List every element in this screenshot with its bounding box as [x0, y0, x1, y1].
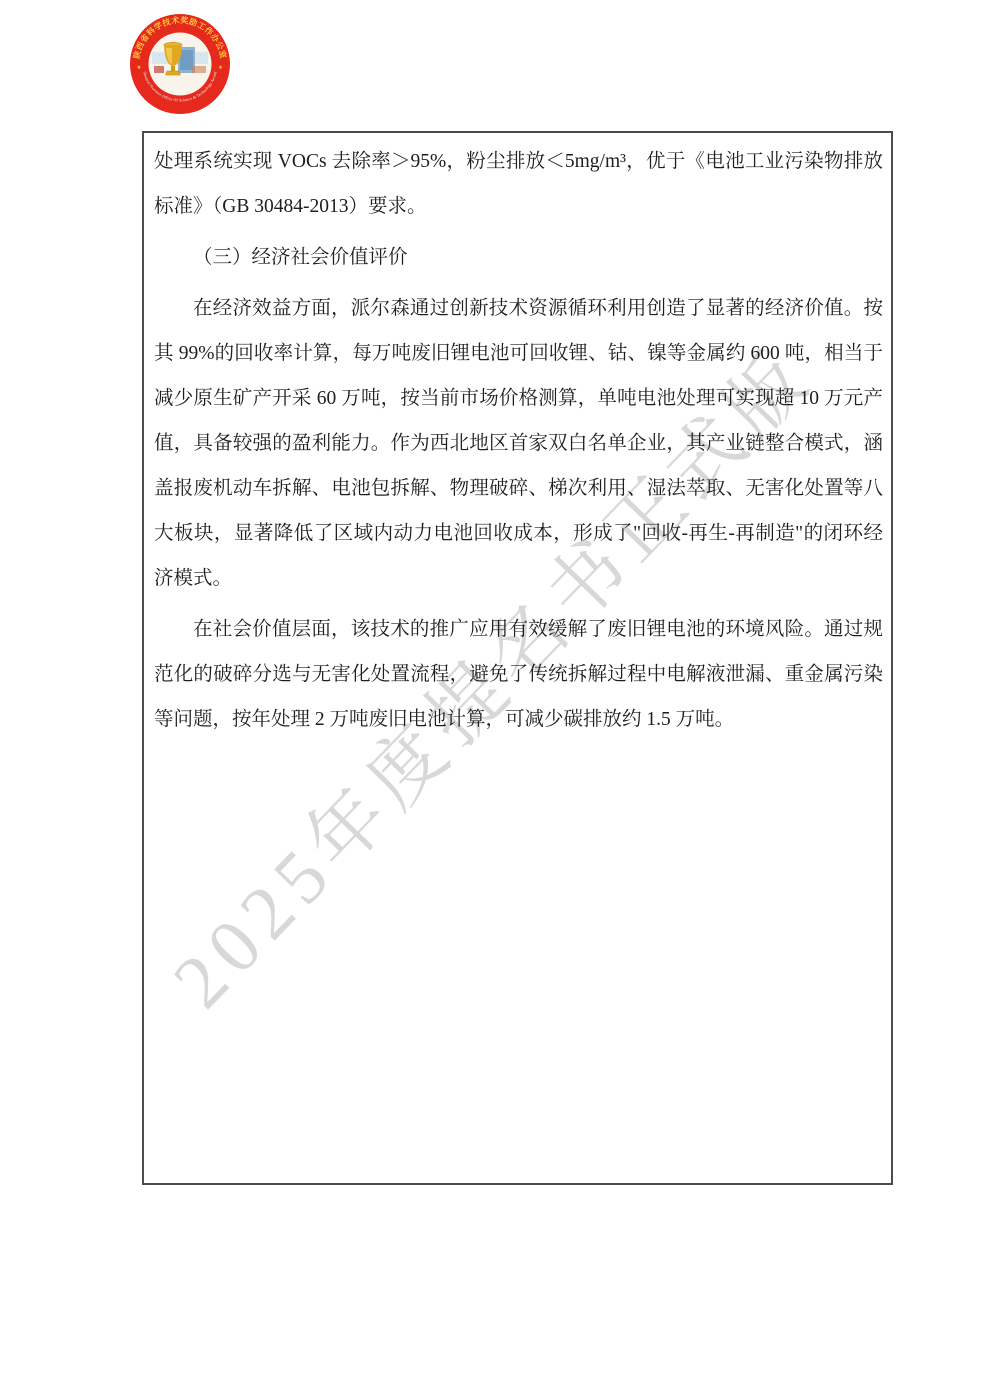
text-line: 范化的破碎分选与无害化处置流程，避免了传统拆解过程中电解液泄漏、重金属污染 — [154, 652, 883, 697]
text-line: 在社会价值层面，该技术的推广应用有效缓解了废旧锂电池的环境风险。通过规 — [154, 607, 883, 652]
text-line: 值，具备较强的盈利能力。作为西北地区首家双白名单企业，其产业链整合模式，涵 — [154, 421, 883, 466]
text-line: 处理系统实现 VOCs 去除率＞95%，粉尘排放＜5mg/m³，优于《电池工业污… — [154, 139, 883, 184]
seal-building-glass — [180, 50, 193, 70]
seal-left-star-icon: ★ — [137, 64, 142, 71]
seal-red-roof — [154, 66, 164, 73]
text-line: 等问题，按年处理 2 万吨废旧电池计算，可减少碳排放约 1.5 万吨。 — [154, 697, 883, 742]
text-line: 减少原生矿产开采 60 万吨，按当前市场价格测算，单吨电池处理可实现超 10 万… — [154, 376, 883, 421]
document-page: { "watermark": { "text": "2025年度提名书正式版",… — [0, 0, 990, 1399]
text-line: 大板块，显著降低了区域内动力电池回收成本，形成了"回收-再生-再制造"的闭环经 — [154, 511, 883, 556]
seal-cityscape — [192, 66, 206, 73]
award-office-seal: 陕西省科学技术奖励工作办公室 Shaanxi Province Office O… — [128, 12, 232, 116]
section-heading: （三）经济社会价值评价 — [154, 235, 883, 280]
document-table-cell: 处理系统实现 VOCs 去除率＞95%，粉尘排放＜5mg/m³，优于《电池工业污… — [142, 131, 893, 1185]
text-line: 其 99%的回收率计算，每万吨废旧锂电池可回收锂、钴、镍等金属约 600 吨，相… — [154, 331, 883, 376]
text-line: 标准》（GB 30484-2013）要求。 — [154, 184, 883, 229]
text-line: 在经济效益方面，派尔森通过创新技术资源循环利用创造了显著的经济价值。按 — [154, 286, 883, 331]
text-line: 济模式。 — [154, 556, 883, 601]
text-line: 盖报废机动车拆解、电池包拆解、物理破碎、梯次利用、湿法萃取、无害化处置等八 — [154, 466, 883, 511]
seal-graphic: 陕西省科学技术奖励工作办公室 Shaanxi Province Office O… — [128, 12, 232, 116]
seal-right-star-icon: ★ — [218, 64, 223, 71]
